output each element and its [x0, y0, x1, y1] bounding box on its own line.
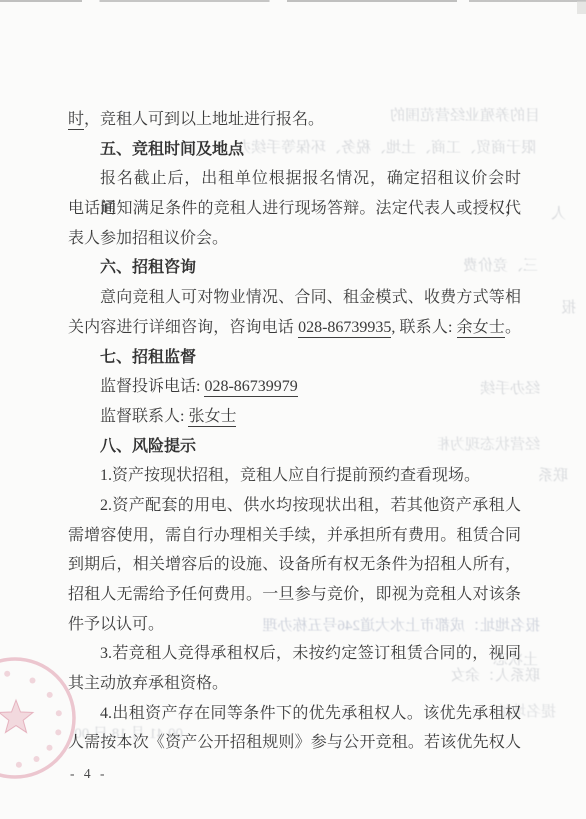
document-line: 五、竞租时间及地点 [68, 135, 521, 165]
text-segment: , 联系人: [391, 319, 456, 336]
bleedthrough-text: 联系 [520, 464, 568, 485]
document-lines: 时，竞租人可到以上地址进行报名。五、竞租时间及地点报名截止后，出租单位根据报名情… [68, 105, 521, 758]
document-line: 1.资产按现状招租，竞租人应自行提前预约查看现场。 [68, 461, 521, 491]
text-segment: 六、招租咨询 [100, 259, 196, 276]
underlined-text: 时 [68, 111, 84, 130]
underlined-text: 余女士 [457, 319, 505, 338]
text-segment: 到期后，相关增容后的设施、设备所有权无条件为招租人所有， [68, 556, 521, 573]
document-line: 监督投诉电话: 028-86739979 [68, 372, 521, 402]
underlined-text: 张女士 [188, 408, 236, 427]
document-page: { "page": { "background": "#fbfbfa", "pa… [0, 0, 586, 819]
text-segment: 其主动放弃承租资格。 [68, 675, 228, 692]
document-line: 到期后，相关增容后的设施、设备所有权无条件为招租人所有， [68, 550, 521, 580]
text-segment: 电话通知满足条件的竞租人进行现场答辩。法定代表人或授权代 [68, 200, 521, 217]
document-line: 电话通知满足条件的竞租人进行现场答辩。法定代表人或授权代 [68, 194, 521, 224]
document-line: 意向竞租人可对物业情况、合同、租金模式、收费方式等相 [68, 283, 521, 313]
document-line: 监督联系人: 张女士 [68, 402, 521, 432]
text-segment: 监督投诉电话: [100, 378, 204, 395]
document-line: 4.出租资产存在同等条件下的优先承租权人。该优先承租权 [68, 699, 521, 729]
text-segment: 1.资产按现状招租，竞租人应自行提前预约查看现场。 [100, 467, 480, 484]
text-segment: 监督联系人: [100, 408, 188, 425]
text-segment: 4.出租资产存在同等条件下的优先承租权人。该优先承租权 [100, 705, 521, 722]
text-segment: 意向竞租人可对物业情况、合同、租金模式、收费方式等相 [100, 289, 521, 306]
text-segment: 五、竞租时间及地点 [100, 141, 244, 158]
underlined-text: 028-86739935 [298, 319, 391, 338]
star-icon [0, 700, 33, 733]
document-line: 七、招租监督 [68, 343, 521, 373]
page-number: - 4 - [70, 766, 108, 782]
underlined-text: 028-86739979 [204, 378, 297, 397]
document-line: 其主动放弃承租资格。 [68, 669, 521, 699]
text-segment: 招租人无需给予任何费用。一旦参与竞价，即视为竞租人对该条 [68, 586, 521, 603]
text-segment: 关内容进行详细咨询，咨询电话 [68, 319, 298, 336]
text-segment: 人需按本次《资产公开招租规则》参与公开竞租。若该优先权人 [68, 734, 521, 751]
text-segment: 需增容使用，需自行办理相关手续，并承担所有费用。租赁合同 [68, 527, 521, 544]
document-line: 关内容进行详细咨询，咨询电话 028-86739935, 联系人: 余女士。 [68, 313, 521, 343]
scan-top-edge-artifact [0, 0, 586, 2]
bleedthrough-text: 人 [536, 202, 566, 223]
document-line: 人需按本次《资产公开招租规则》参与公开竞租。若该优先权人 [68, 728, 521, 758]
text-segment: 。 [505, 319, 521, 336]
document-line: 需增容使用，需自行办理相关手续，并承担所有费用。租赁合同 [68, 521, 521, 551]
document-line: 招租人无需给予任何费用。一旦参与竞价，即视为竞租人对该条 [68, 580, 521, 610]
document-line: 3.若竞租人竞得承租权后，未按约定签订租赁合同的，视同 [68, 639, 521, 669]
text-segment: 3.若竞租人竞得承租权后，未按约定签订租赁合同的，视同 [100, 645, 521, 662]
document-line: 时，竞租人可到以上地址进行报名。 [68, 105, 521, 135]
text-segment: 2.资产配套的用电、供水均按现状出租，若其他资产承租人 [100, 497, 521, 514]
text-segment: 七、招租监督 [100, 349, 196, 366]
text-segment: 表人参加招租议价会。 [68, 230, 228, 247]
text-segment: ，竞租人可到以上地址进行报名。 [84, 111, 324, 128]
document-line: 件予以认可。 [68, 610, 521, 640]
text-segment: 件予以认可。 [68, 616, 164, 633]
document-line: 表人参加招租议价会。 [68, 224, 521, 254]
document-line: 报名截止后，出租单位根据报名情况，确定招租议价会时间， [68, 164, 521, 194]
scan-corner-artifact [577, 1, 586, 14]
document-line: 八、风险提示 [68, 432, 521, 462]
document-line: 2.资产配套的用电、供水均按现状出租，若其他资产承租人 [68, 491, 521, 521]
document-line: 六、招租咨询 [68, 253, 521, 283]
bleedthrough-text: 报 [546, 296, 576, 317]
text-segment: 八、风险提示 [100, 438, 196, 455]
